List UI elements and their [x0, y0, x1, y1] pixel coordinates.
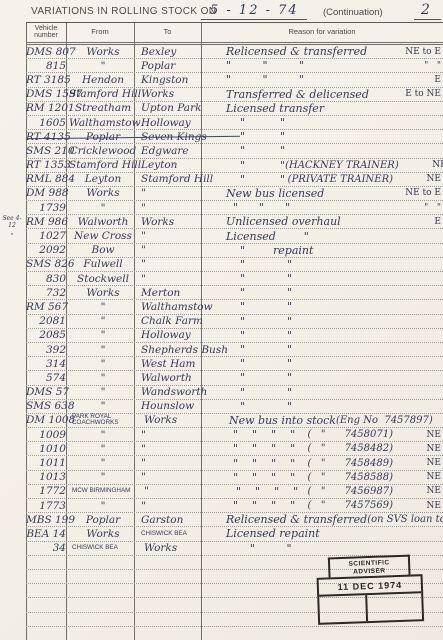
table-row: 1009"" " " " "( " 7458071)NE [26, 428, 443, 442]
area-marker: NE [395, 174, 441, 184]
stamp-cells [319, 593, 422, 623]
to-cell: " [137, 202, 204, 214]
reason-note: ( " 7458482) [307, 443, 395, 454]
table-row: DM 988Works"New bus licensedNE to E [26, 187, 443, 201]
reason-text: " " [226, 357, 292, 370]
table-row: MBS 199PoplarGarstonRelicensed & transfe… [26, 513, 443, 527]
reason-text: " " [226, 315, 292, 328]
table-row: 314"West Ham " " [26, 357, 443, 371]
area-marker: NE to E [395, 188, 441, 198]
empty-table-row [26, 627, 443, 640]
table-row: 1605WalthamstowHolloway " " [26, 116, 443, 130]
table-row: 574"Walworth " " [26, 371, 443, 385]
reason-text: " " " " [229, 485, 298, 498]
vehicle-number: 2085 [26, 329, 69, 341]
table-row: DMS 1597Stamford HillWorksTransferred & … [26, 88, 443, 102]
area-marker: NE [401, 160, 443, 170]
area-marker: NE [395, 444, 441, 454]
reason-text: " " [226, 329, 292, 342]
from-cell: " [69, 344, 137, 356]
reason-text: " " [226, 343, 292, 356]
table-header: Vehicle number From To Reason for variat… [26, 22, 443, 45]
reason-cell: " " " "( " 7457569)NE [204, 499, 443, 512]
reason-text: New bus licensed [226, 187, 324, 200]
vehicle-number: 314 [26, 358, 69, 370]
from-cell: " [69, 358, 137, 370]
to-cell: " [137, 273, 204, 285]
reason-cell: " " [207, 542, 443, 555]
table-row: BEA 14WorksCHISWICK BEALicensed repaint [26, 527, 443, 541]
reason-cell: Transferred & delicensedE to NE [204, 88, 443, 101]
reason-text: Licensed " [226, 230, 309, 243]
from-cell: " [69, 457, 137, 469]
table-row: 1027New Cross"Licensed "" [26, 229, 443, 243]
area-marker: NE [395, 430, 441, 440]
vehicle-number: SMS 638 [26, 400, 69, 412]
from-cell: " [69, 301, 137, 313]
area-marker: E to NE [395, 89, 441, 99]
from-cell: Leyton [69, 173, 137, 185]
vehicle-number: RM 567 [26, 301, 69, 313]
table-row: RT 3185HendonKingston" " "E [26, 73, 443, 87]
area-marker: " " [395, 203, 441, 213]
to-cell: CHISWICK BEA [137, 531, 204, 538]
reason-cell: " "(PRIVATE TRAINER)NE [204, 173, 443, 186]
stamp-cell-right [367, 593, 422, 621]
reason-note: ( " 7457569) [307, 500, 395, 511]
margin-note: See 4-12 [0, 215, 24, 229]
reason-text: " " [226, 286, 292, 299]
from-cell: " [69, 500, 137, 512]
reason-text: Relicensed & transferred [226, 45, 367, 58]
to-cell: " [137, 443, 204, 455]
from-cell: " [69, 202, 137, 214]
vehicle-number: 392 [26, 344, 69, 356]
reason-text: Unlicensed overhaul [226, 215, 341, 228]
header-from: From [66, 22, 134, 42]
table-row: RM 1201StreathamUpton ParkLicensed trans… [26, 102, 443, 116]
vehicle-number: 1009 [26, 429, 69, 441]
from-cell: Stockwell [69, 273, 137, 285]
to-cell: Garston [137, 514, 204, 526]
from-cell: Works [69, 287, 137, 299]
reason-text: " " " [226, 59, 304, 72]
reason-text: " " " [226, 73, 304, 86]
area-marker: NE [395, 472, 441, 482]
from-cell: Cricklewood [69, 145, 137, 157]
reason-text: " " " " [226, 471, 295, 484]
reason-text: " repaint [226, 244, 313, 257]
from-cell: Works [69, 528, 137, 540]
reason-cell: New bus into stock(Eng No 7457897)NE [207, 414, 443, 427]
reason-text: " " " " [226, 442, 295, 455]
from-cell: " [69, 386, 137, 398]
reason-cell: " " [204, 116, 443, 129]
reason-text: " " [226, 116, 285, 129]
to-cell: Stamford Hill [137, 173, 204, 185]
reason-cell: " " [204, 286, 443, 299]
from-cell: Works [69, 46, 137, 58]
table-row: 830Stockwell" " " [26, 272, 443, 286]
to-cell: Works [137, 216, 204, 228]
from-cell: " [69, 372, 137, 384]
reason-cell: " " " "( " 7456987)NE [207, 485, 443, 498]
stamp-body: 11 DEC 1974 [317, 574, 425, 625]
reason-note: (HACKNEY TRAINER) [285, 160, 401, 171]
reason-cell: Relicensed & transferredNE to E [204, 45, 443, 58]
vehicle-number: RT 1353 [26, 159, 69, 171]
vehicle-number: 1011 [26, 457, 69, 469]
table-row: SMS 638"Hounslow " " [26, 400, 443, 414]
table-row: 392"Shepherds Bush " " [26, 343, 443, 357]
reason-text: Licensed repaint [226, 527, 320, 540]
vehicle-number: MBS 199 [26, 514, 69, 526]
to-cell: Wandsworth [137, 386, 204, 398]
table-row: DMS 57"Wandsworth " " [26, 386, 443, 400]
from-cell: Works [69, 187, 137, 199]
table-row: RM 567"Walthamstow " " [26, 300, 443, 314]
table-row: SMS 826Fulwell" " " [26, 258, 443, 272]
from-cell: " [69, 329, 137, 341]
reason-cell: " " " "( " 7458482)NE [204, 442, 443, 455]
reason-cell: " " [204, 329, 443, 342]
to-cell: Edgware [137, 145, 204, 157]
area-marker: E [395, 217, 441, 227]
from-cell: PARK ROYAL COACHWORKS [69, 414, 140, 428]
reason-cell: " " [204, 371, 443, 384]
from-cell: " [69, 315, 137, 327]
from-cell: " [69, 443, 137, 455]
to-cell: Merton [137, 287, 204, 299]
reason-text: " " [226, 300, 292, 313]
area-marker: NE to E [395, 47, 441, 57]
reason-cell: " " [204, 343, 443, 356]
reason-text: Relicensed & transferred [226, 513, 367, 526]
reason-cell: " " " "( " 7458071)NE [204, 428, 443, 441]
table-row: RML 884LeytonStamford Hill " "(PRIVATE T… [26, 173, 443, 187]
date-underline [201, 19, 307, 20]
from-cell: Poplar [69, 514, 137, 526]
reason-text: Licensed transfer [226, 102, 324, 115]
vehicle-number: 34 [26, 542, 69, 554]
reason-cell: Relicensed & transferred(on SVS loan to … [204, 513, 443, 526]
reason-text: " " " " [226, 499, 295, 512]
to-cell: Leyton [137, 159, 204, 171]
reason-text: " " [229, 542, 292, 555]
from-cell: Walthamstow [69, 117, 137, 129]
reason-cell: " " [204, 315, 443, 328]
to-cell: Works [140, 414, 207, 426]
vehicle-number: RM 1201 [26, 102, 69, 114]
to-cell: Walworth [137, 372, 204, 384]
reason-text: " " [226, 371, 292, 384]
vehicle-number: DMS 807 [26, 46, 69, 58]
vehicle-number: SMS 210 [26, 145, 69, 157]
table-row: 732WorksMerton " " [26, 286, 443, 300]
vehicle-number: 1013 [26, 471, 69, 483]
from-cell: Stamford Hill [69, 88, 137, 100]
reason-cell: " repaint [204, 244, 443, 257]
to-cell: West Ham [137, 358, 204, 370]
reason-note: (PRIVATE TRAINER) [288, 174, 395, 185]
table-row: 2085"Holloway " " [26, 329, 443, 343]
reason-text: New bus into stock [229, 414, 336, 427]
stamp-cell-left [319, 595, 368, 623]
reason-text: Transferred & delicensed [226, 88, 369, 101]
from-cell: " [69, 471, 137, 483]
vehicle-number: 574 [26, 372, 69, 384]
table-row: 1013"" " " " "( " 7458588)NE [26, 471, 443, 485]
from-cell: Fulwell [69, 258, 137, 270]
table-row: RM 986WalworthWorksUnlicensed overhaulES… [26, 215, 443, 229]
reason-cell: " " [204, 386, 443, 399]
table-row: 1010"" " " " "( " 7458482)NE [26, 442, 443, 456]
from-cell: Stamford Hill [69, 159, 137, 171]
table-row: SMS 210CricklewoodEdgware " " [26, 144, 443, 158]
page-number-underline [414, 19, 441, 20]
scanned-ledger-page: VARIATIONS IN ROLLING STOCK ON 5 - 12 - … [0, 0, 443, 640]
vehicle-number: DMS 57 [26, 386, 69, 398]
vehicle-number: 1605 [26, 117, 69, 129]
reason-note: ( " 7458588) [307, 472, 395, 483]
reason-note: ( " 7458489) [307, 458, 395, 469]
date-received-stamp: SCIENTIFIC ADVISER 11 DEC 1974 [316, 554, 424, 625]
reason-cell: " " " "( " 7458489)NE [204, 457, 443, 470]
from-cell: Hendon [69, 74, 137, 86]
handwritten-date: 5 - 12 - 74 [210, 3, 299, 18]
reason-text: " " [226, 173, 285, 186]
margin-note: " [0, 233, 24, 240]
reason-cell: " " " "( " 7458588)NE [204, 471, 443, 484]
reason-cell: Licensed transfer [204, 102, 443, 115]
area-marker: NE [395, 501, 441, 511]
reason-cell: " " [204, 272, 443, 285]
to-cell: " [137, 429, 204, 441]
vehicle-number: 830 [26, 273, 69, 285]
from-cell: " [69, 60, 137, 72]
reason-cell: " " [204, 144, 443, 157]
vehicle-number: DM 1008 [26, 414, 69, 426]
table-row: 815"Poplar" " "" " [26, 59, 443, 73]
reason-note: (on SVS loan to LCBS) [367, 514, 443, 525]
table-row: 2081"Chalk Farm " " [26, 315, 443, 329]
title-row: VARIATIONS IN ROLLING STOCK ON 5 - 12 - … [0, 0, 443, 22]
reason-cell: " " [204, 130, 443, 143]
to-cell: " [137, 230, 204, 242]
reason-cell: " " "" " [204, 201, 443, 214]
to-cell: Upton Park [137, 102, 204, 114]
reason-cell: " " [204, 357, 443, 370]
to-cell: " [137, 258, 204, 270]
to-cell: Hounslow [137, 400, 204, 412]
table-row: 1011"" " " " "( " 7458489)NE [26, 456, 443, 470]
from-cell: Walworth [69, 216, 137, 228]
reason-text: " " [226, 272, 292, 285]
from-cell: " [69, 400, 137, 412]
to-cell: " [137, 471, 204, 483]
vehicle-number: 2092 [26, 244, 69, 256]
vehicle-number: 732 [26, 287, 69, 299]
vehicle-number: DM 988 [26, 187, 69, 199]
to-cell: Works [137, 88, 204, 100]
header-vehicle-number: Vehicle number [26, 22, 66, 42]
vehicle-number: RT 3185 [26, 74, 69, 86]
to-cell: Bexley [137, 46, 204, 58]
to-cell: Works [140, 542, 207, 554]
vehicle-number: RT 4135 [26, 131, 69, 143]
vehicle-number: 1010 [26, 443, 69, 455]
to-cell: Poplar [137, 60, 204, 72]
reason-note: (Eng No 7457897) [336, 415, 435, 426]
from-cell: " [69, 429, 137, 441]
reason-text: " " [226, 159, 285, 172]
from-cell: CHISWICK BEA [69, 545, 140, 552]
reason-cell: Licensed repaint [204, 527, 443, 540]
reason-cell: " " "" " [204, 59, 443, 72]
reason-cell: " " "E [204, 73, 443, 86]
page-number: 2 [421, 2, 430, 18]
to-cell: Shepherds Bush [137, 344, 204, 356]
reason-cell: " "(HACKNEY TRAINER)NE [204, 159, 443, 172]
table-row: 2092Bow" " repaint [26, 244, 443, 258]
table-row: RT 4135PoplarSeven Kings " " [26, 130, 443, 144]
form-title: VARIATIONS IN ROLLING STOCK ON [31, 6, 216, 17]
reason-text: " " " " [226, 457, 295, 470]
vehicle-number: 1773 [26, 500, 69, 512]
from-cell: New Cross [69, 230, 137, 242]
vehicle-number: RML 884 [26, 173, 69, 185]
table-row: 1739"" " " "" " [26, 201, 443, 215]
reason-text: " " [226, 258, 292, 271]
vehicle-number: 815 [26, 60, 69, 72]
vehicle-number: DMS 1597 [26, 88, 69, 100]
reason-cell: Unlicensed overhaulE [204, 215, 443, 228]
from-cell: Bow [69, 244, 137, 256]
table-body: DMS 807WorksBexleyRelicensed & transferr… [26, 45, 443, 640]
to-cell: Holloway [137, 117, 204, 129]
area-marker: NE [395, 486, 441, 496]
reason-text: " " " " [226, 428, 295, 441]
table-row: 1773"" " " " "( " 7457569)NE [26, 499, 443, 513]
table-row: DM 1008PARK ROYAL COACHWORKSWorksNew bus… [26, 414, 443, 428]
vehicle-number: 1027 [26, 230, 69, 242]
reason-cell: " " [204, 400, 443, 413]
from-cell: MCW BIRMINGHAM [69, 488, 140, 495]
table-row: 1772MCW BIRMINGHAM" " " " "( " 7456987)N… [26, 485, 443, 499]
area-marker: NE [395, 458, 441, 468]
to-cell: Holloway [137, 329, 204, 341]
reason-text: " " [226, 400, 292, 413]
area-marker: NE [435, 415, 443, 425]
reason-note: ( " 7458071) [307, 429, 395, 440]
vehicle-number: 2081 [26, 315, 69, 327]
reason-text: " " [226, 386, 292, 399]
reason-text: " " [226, 144, 285, 157]
continuation-label: (Continuation) [323, 7, 383, 18]
vehicle-number: SMS 826 [26, 258, 69, 270]
reason-note: ( " 7456987) [307, 486, 395, 497]
table-row: RT 1353Stamford HillLeyton " "(HACKNEY T… [26, 159, 443, 173]
header-reason: Reason for variation [201, 22, 443, 42]
to-cell: " [137, 457, 204, 469]
area-marker: " " [395, 61, 441, 71]
table-row: 34CHISWICK BEAWorks " " [26, 542, 443, 556]
vehicle-number: RM 986 [26, 216, 69, 228]
reason-text: " " " [226, 201, 290, 214]
to-cell: " [137, 500, 204, 512]
reason-cell: " " [204, 258, 443, 271]
area-marker: E [395, 75, 441, 85]
vehicle-number: 1739 [26, 202, 69, 214]
header-to: To [134, 22, 201, 42]
to-cell: Chalk Farm [137, 315, 204, 327]
reason-cell: New bus licensedNE to E [204, 187, 443, 200]
table-row: DMS 807WorksBexleyRelicensed & transferr… [26, 45, 443, 59]
to-cell: " [137, 187, 204, 199]
to-cell: " [140, 485, 207, 497]
to-cell: " [137, 244, 204, 256]
vehicle-number: BEA 14 [26, 528, 69, 540]
from-cell: Streatham [69, 102, 137, 114]
reason-cell: Licensed " [204, 230, 443, 243]
reason-cell: " " [204, 300, 443, 313]
vehicle-number: 1772 [26, 485, 69, 497]
to-cell: Walthamstow [137, 301, 204, 313]
to-cell: Kingston [137, 74, 204, 86]
